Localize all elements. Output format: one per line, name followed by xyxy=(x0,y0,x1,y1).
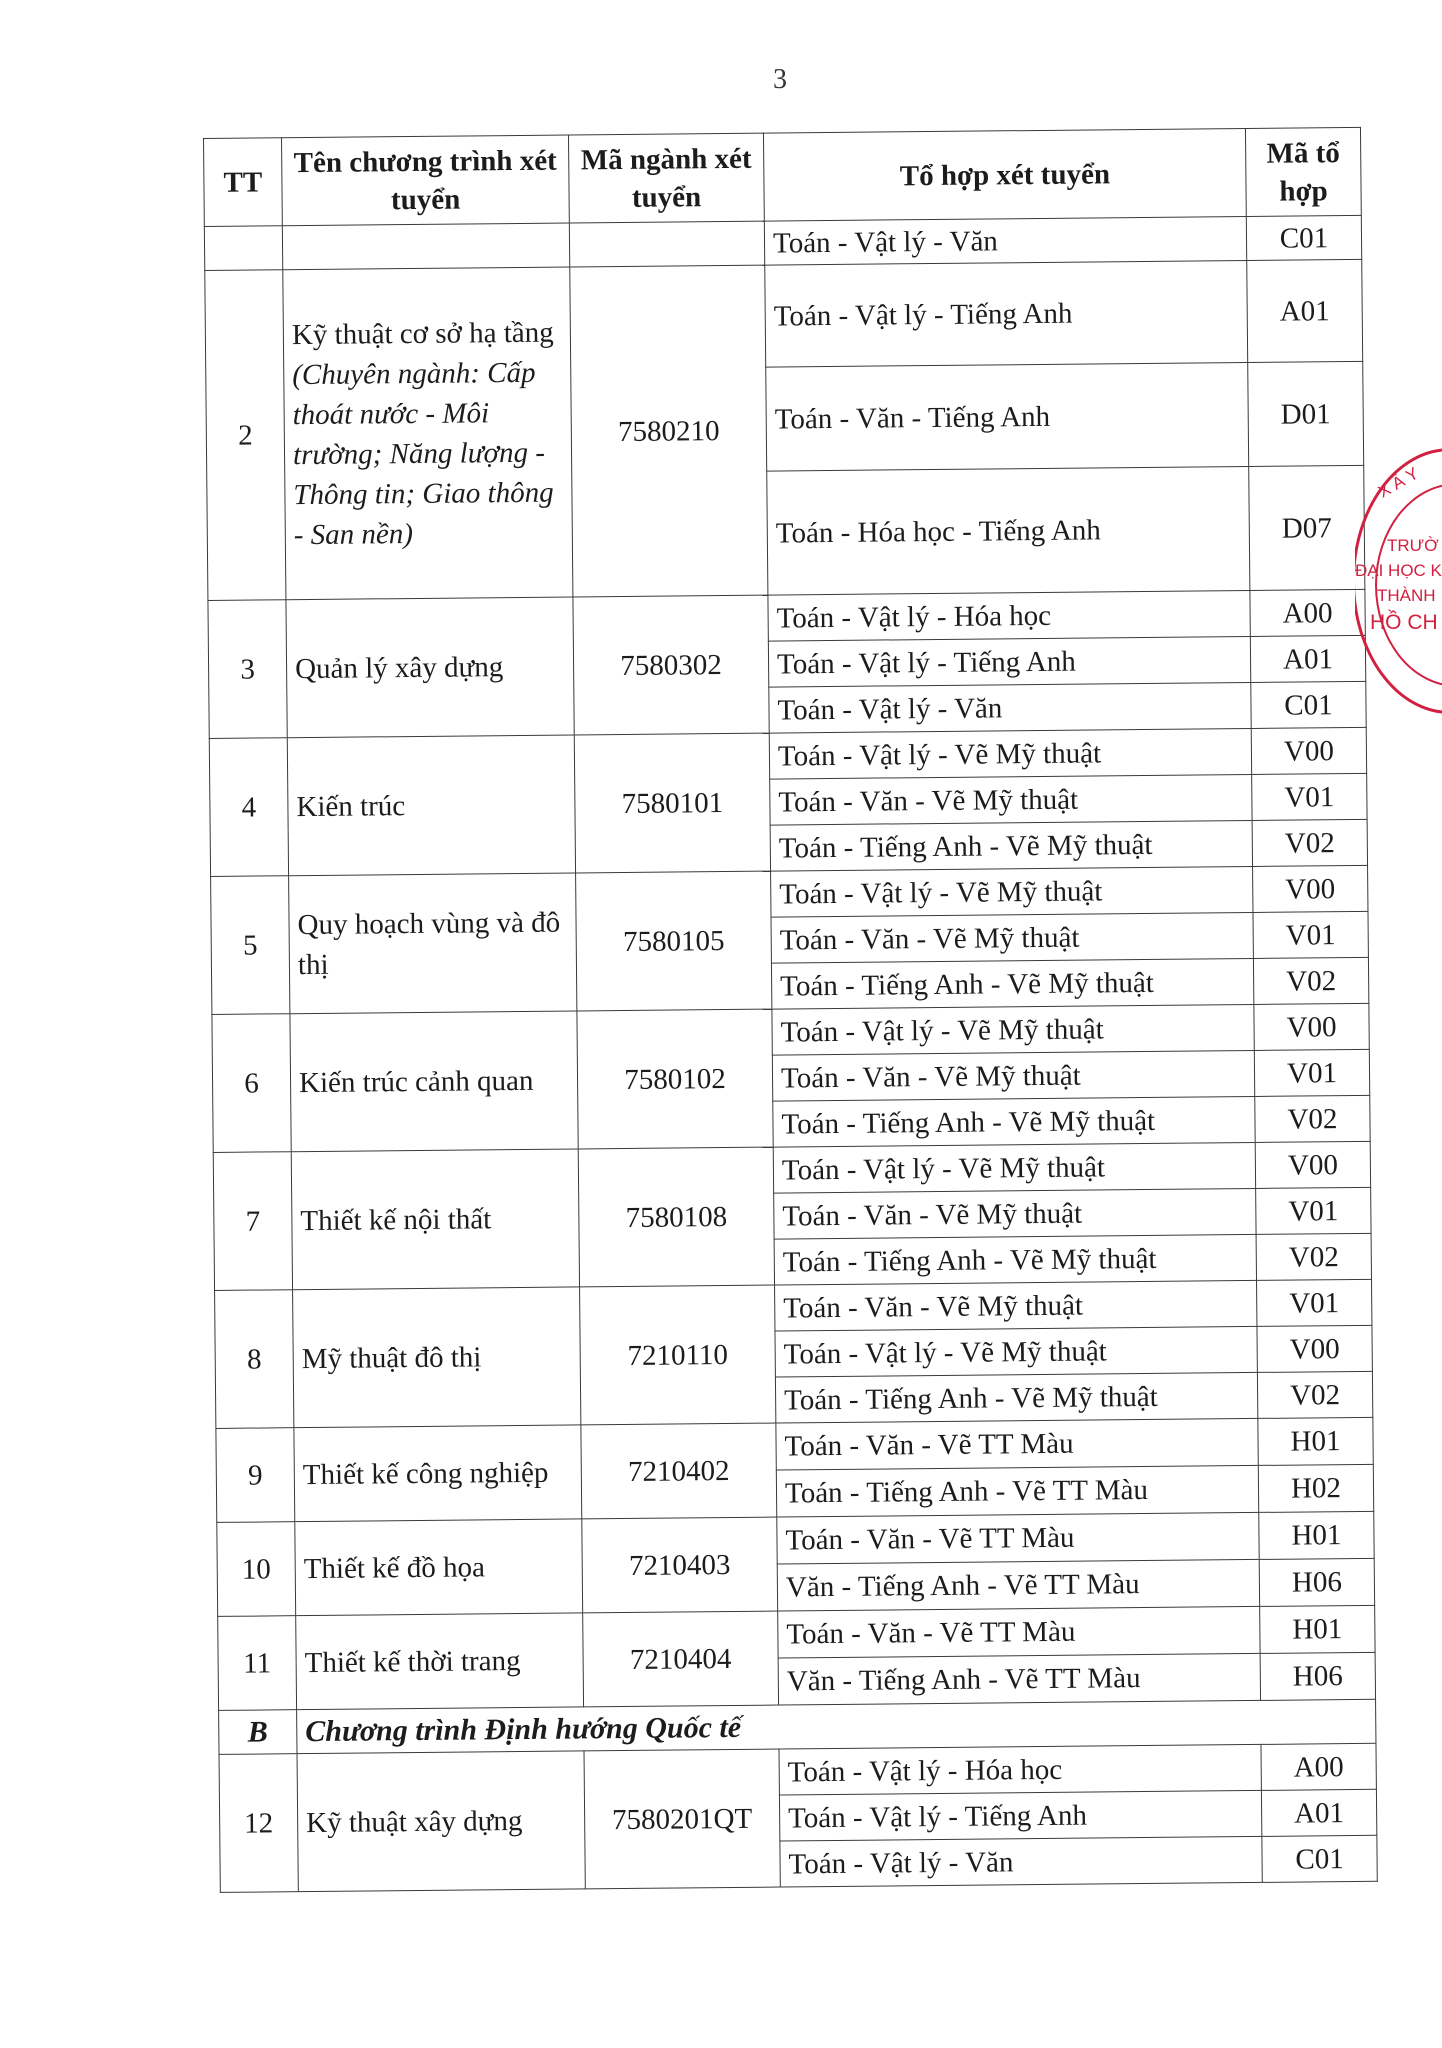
combination-code: V01 xyxy=(1253,911,1368,958)
combination-name: Toán - Tiếng Anh - Vẽ TT Màu xyxy=(776,1465,1258,1517)
combination-code: A01 xyxy=(1250,635,1365,682)
combination-name: Toán - Văn - Vẽ TT Màu xyxy=(778,1606,1260,1658)
seal-text-line: TRƯỜ xyxy=(1387,536,1439,556)
row-number: 5 xyxy=(211,876,290,1015)
combination-code: V00 xyxy=(1251,727,1366,774)
row-number: 3 xyxy=(208,600,287,739)
combination-code: C01 xyxy=(1262,1835,1377,1882)
seal-text-line: HỒ CH xyxy=(1370,611,1438,635)
combination-code: A00 xyxy=(1261,1743,1376,1790)
major-code: 7210110 xyxy=(580,1285,776,1425)
combination-code: C01 xyxy=(1246,215,1361,260)
row-number: 6 xyxy=(212,1014,291,1153)
combination-code: V00 xyxy=(1255,1141,1370,1188)
program-name: Thiết kế nội thất xyxy=(291,1149,579,1290)
combination-code: A00 xyxy=(1250,589,1365,636)
combination-name: Toán - Hóa học - Tiếng Anh xyxy=(767,466,1250,595)
page-number: 3 xyxy=(0,64,1442,96)
combination-code: V02 xyxy=(1257,1371,1372,1418)
admission-table: TT Tên chương trình xét tuyển Mã ngành x… xyxy=(203,127,1378,1893)
official-seal: X Â Y TRƯỜ ĐẠI HỌC K THÀNH HỒ CH xyxy=(1355,440,1442,730)
row-number: 12 xyxy=(219,1754,298,1893)
major-code: 7210404 xyxy=(583,1611,779,1707)
combination-code: V01 xyxy=(1257,1279,1372,1326)
combination-name: Toán - Vật lý - Vẽ Mỹ thuật xyxy=(772,1004,1254,1055)
table-header-row: TT Tên chương trình xét tuyển Mã ngành x… xyxy=(204,127,1362,226)
combination-name: Toán - Tiếng Anh - Vẽ Mỹ thuật xyxy=(775,1372,1257,1423)
combination-code: D01 xyxy=(1248,361,1364,466)
program-title: Thiết kế đồ họa xyxy=(304,1546,574,1589)
combination-name: Toán - Vật lý - Tiếng Anh xyxy=(765,260,1248,367)
major-code: 7210403 xyxy=(582,1517,778,1613)
row-number: 11 xyxy=(218,1616,297,1711)
combination-code: A01 xyxy=(1247,259,1363,362)
combination-code: V00 xyxy=(1257,1325,1372,1372)
combination-code: A01 xyxy=(1261,1789,1376,1836)
row-number: 7 xyxy=(213,1152,292,1291)
combination-name: Toán - Văn - Vẽ Mỹ thuật xyxy=(774,1188,1256,1239)
program-name: Kỹ thuật xây dựng xyxy=(297,1751,585,1892)
combination-code: V00 xyxy=(1253,865,1368,912)
program-title: Quản lý xây dựng xyxy=(295,646,565,689)
combination-name: Toán - Vật lý - Văn xyxy=(769,682,1251,733)
combination-code: V01 xyxy=(1252,773,1367,820)
combination-code: V01 xyxy=(1254,1049,1369,1096)
combination-code: H06 xyxy=(1260,1652,1375,1700)
combination-name: Toán - Văn - Tiếng Anh xyxy=(766,362,1249,471)
row-number: 4 xyxy=(209,738,288,877)
combination-code: V02 xyxy=(1255,1095,1370,1142)
program-name: Kiến trúc xyxy=(287,735,575,876)
combination-name: Toán - Vật lý - Vẽ Mỹ thuật xyxy=(775,1326,1257,1377)
combination-code: V02 xyxy=(1256,1233,1371,1280)
combination-name: Toán - Văn - Vẽ Mỹ thuật xyxy=(775,1280,1257,1331)
program-title: Kỹ thuật xây dựng xyxy=(306,1800,576,1843)
combination-name: Toán - Văn - Vẽ Mỹ thuật xyxy=(770,774,1252,825)
program-specialization-note: (Chuyên ngành: Cấp thoát nước - Môi trườ… xyxy=(292,352,564,555)
combination-name: Toán - Vật lý - Văn xyxy=(764,216,1246,265)
program-name: Mỹ thuật đô thị xyxy=(293,1287,581,1428)
row-number: 9 xyxy=(216,1428,295,1523)
program-title: Kiến trúc cảnh quan xyxy=(299,1060,569,1103)
combination-name: Toán - Tiếng Anh - Vẽ Mỹ thuật xyxy=(770,820,1252,871)
program-title: Thiết kế nội thất xyxy=(300,1198,570,1241)
combination-name: Toán - Văn - Vẽ TT Màu xyxy=(776,1418,1258,1470)
combination-code: H01 xyxy=(1260,1605,1375,1653)
combination-code: H01 xyxy=(1259,1511,1374,1559)
row-number: 10 xyxy=(217,1522,296,1617)
program-name: Thiết kế đồ họa xyxy=(295,1519,583,1616)
header-tt: TT xyxy=(204,138,283,227)
major-code: 7580102 xyxy=(577,1009,773,1149)
combination-name: Toán - Văn - Vẽ Mỹ thuật xyxy=(771,912,1253,963)
combination-code: D07 xyxy=(1249,465,1365,590)
row-number: 2 xyxy=(205,270,286,601)
combination-name: Văn - Tiếng Anh - Vẽ TT Màu xyxy=(777,1559,1259,1611)
major-code: 7210402 xyxy=(581,1423,777,1519)
combination-name: Toán - Vật lý - Vẽ Mỹ thuật xyxy=(773,1142,1255,1193)
program-name: Thiết kế công nghiệp xyxy=(294,1425,582,1522)
program-name: Quy hoạch vùng và đô thị xyxy=(289,873,577,1014)
combination-name: Toán - Vật lý - Hóa học xyxy=(768,590,1250,641)
combination-name: Toán - Vật lý - Vẽ Mỹ thuật xyxy=(769,728,1251,779)
combination-code: V02 xyxy=(1252,819,1367,866)
section-label: B xyxy=(219,1710,297,1755)
combination-code: V02 xyxy=(1253,957,1368,1004)
combination-code: H02 xyxy=(1258,1464,1373,1512)
combination-name: Toán - Tiếng Anh - Vẽ Mỹ thuật xyxy=(771,958,1253,1009)
combination-code: H01 xyxy=(1258,1417,1373,1465)
program-name: Quản lý xây dựng xyxy=(286,597,574,738)
major-code: 7580201QT xyxy=(584,1749,780,1889)
major-code: 7580108 xyxy=(578,1147,774,1287)
combination-name: Toán - Văn - Vẽ Mỹ thuật xyxy=(772,1050,1254,1101)
program-title: Thiết kế công nghiệp xyxy=(303,1452,573,1495)
major-code: 7580105 xyxy=(576,871,772,1011)
major-code: 7580101 xyxy=(574,733,770,873)
header-program: Tên chương trình xét tuyển xyxy=(282,135,570,226)
combination-name: Toán - Vật lý - Tiếng Anh xyxy=(779,1790,1261,1841)
program-title: Thiết kế thời trang xyxy=(304,1640,574,1683)
header-major-code: Mã ngành xét tuyển xyxy=(568,133,764,223)
program-name: Kỹ thuật cơ sở hạ tầng(Chuyên ngành: Cấp… xyxy=(283,267,573,600)
combination-name: Toán - Văn - Vẽ TT Màu xyxy=(777,1512,1259,1564)
combination-code: V00 xyxy=(1254,1003,1369,1050)
combination-name: Toán - Vật lý - Hóa học xyxy=(779,1744,1261,1795)
combination-name: Toán - Tiếng Anh - Vẽ Mỹ thuật xyxy=(773,1096,1255,1147)
table-row: 2Kỹ thuật cơ sở hạ tầng(Chuyên ngành: Cấ… xyxy=(205,259,1363,372)
program-title: Mỹ thuật đô thị xyxy=(302,1336,572,1379)
program-name: Kiến trúc cảnh quan xyxy=(290,1011,578,1152)
major-code: 7580302 xyxy=(573,595,769,735)
program-title: Quy hoạch vùng và đô thị xyxy=(297,902,568,985)
combination-name: Toán - Vật lý - Văn xyxy=(780,1836,1262,1887)
program-name: Thiết kế thời trang xyxy=(296,1613,584,1710)
major-code: 7580210 xyxy=(570,265,768,597)
program-title: Kỹ thuật cơ sở hạ tầng xyxy=(292,312,562,355)
combination-code: C01 xyxy=(1251,681,1366,728)
row-number: 8 xyxy=(215,1290,294,1429)
seal-text-line: ĐẠI HỌC K xyxy=(1355,561,1442,581)
combination-name: Văn - Tiếng Anh - Vẽ TT Màu xyxy=(778,1653,1260,1705)
header-combination-code: Mã tổ hợp xyxy=(1245,127,1361,216)
combination-name: Toán - Vật lý - Tiếng Anh xyxy=(768,636,1250,687)
seal-text-line: THÀNH xyxy=(1377,586,1436,606)
combination-code: H06 xyxy=(1259,1558,1374,1606)
combination-name: Toán - Tiếng Anh - Vẽ Mỹ thuật xyxy=(774,1234,1256,1285)
combination-code: V01 xyxy=(1256,1187,1371,1234)
header-combination: Tổ hợp xét tuyển xyxy=(763,128,1246,221)
combination-name: Toán - Vật lý - Vẽ Mỹ thuật xyxy=(771,866,1253,917)
program-title: Kiến trúc xyxy=(296,784,566,827)
